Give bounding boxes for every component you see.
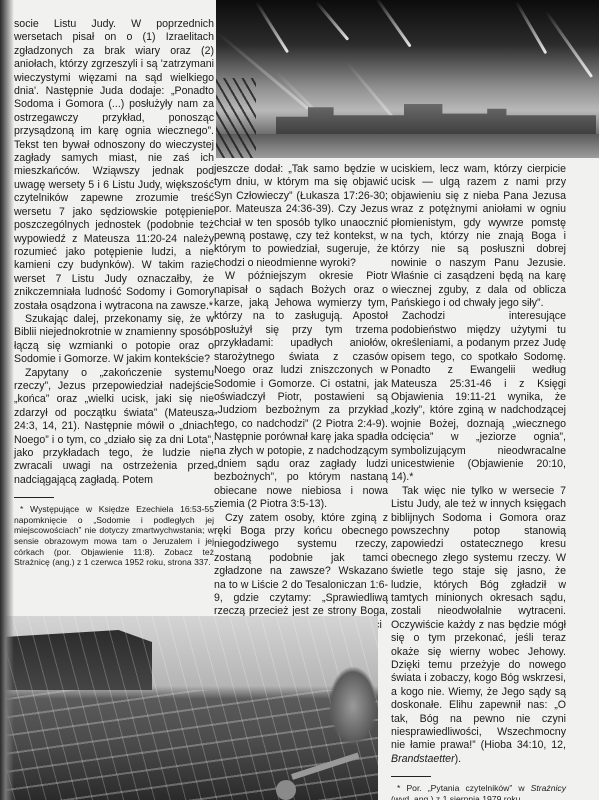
footnote: * Występujące w Księdze Ezechiela 16:53-… <box>14 504 214 568</box>
city-silhouette <box>276 104 596 136</box>
drowning-man-head <box>276 780 296 800</box>
ground <box>216 134 599 158</box>
citation-tail: ). <box>455 753 461 765</box>
footnote: * Por. „Pytania czytelników” w Strażnicy… <box>391 783 566 800</box>
footnote-italic: Strażnicy <box>531 783 566 793</box>
rain <box>0 616 378 800</box>
footnote-text: * Występujące w Księdze Ezechiela 16:53-… <box>14 504 214 568</box>
fire-streak <box>515 1 548 54</box>
footnote-text: * Por. „Pytania czytelników” w Strażnicy… <box>391 783 566 800</box>
text-column-3: uciskiem, lecz wam, którzy cierpicie uci… <box>391 163 566 800</box>
illustration-sodom-gomorrah <box>216 0 599 158</box>
footnote-rule <box>14 497 54 498</box>
fire-streak <box>255 1 289 53</box>
footnote-post: (wyd. ang.) z 1 sierpnia 1979 roku. <box>391 794 523 800</box>
dead-tree <box>216 78 256 158</box>
text-column-2: jeszcze dodał: „Tak samo będzie w tym dn… <box>214 163 388 632</box>
fire-streak <box>545 11 593 78</box>
footnote-rule <box>391 776 431 777</box>
paragraph: socie Listu Judy. W poprzednich wersetac… <box>14 18 214 313</box>
paragraph: uciskiem, lecz wam, którzy cierpicie uci… <box>391 163 566 310</box>
paragraph: W późniejszym okresie Piotr napisał o są… <box>214 270 388 511</box>
fire-streak <box>375 0 412 48</box>
paragraph: Szukając dalej, przekonamy się, że w Bib… <box>14 313 214 367</box>
book-spine-shadow <box>0 0 14 800</box>
paragraph: jeszcze dodał: „Tak samo będzie w tym dn… <box>214 163 388 270</box>
footnote-pre: * Por. „Pytania czytelników” w <box>397 783 531 793</box>
citation-italic: Brandstaetter <box>391 753 455 765</box>
paragraph: Tak więc nie tylko w wersecie 7 Listu Ju… <box>391 485 566 767</box>
paragraph: Zachodzi interesujące podobieństwo międz… <box>391 310 566 484</box>
text-column-1: socie Listu Judy. W poprzednich wersetac… <box>14 18 214 568</box>
paragraph-text: Tak więc nie tylko w wersecie 7 Listu Ju… <box>391 485 566 752</box>
illustration-noah-flood <box>0 616 378 800</box>
paragraph: Zapytany o „zakończenie systemu rzeczy”,… <box>14 367 214 488</box>
fire-streak <box>315 1 349 41</box>
paragraph: Czy zatem osoby, które zginą z ręki Boga… <box>214 512 388 633</box>
drowning-figures <box>328 666 378 746</box>
